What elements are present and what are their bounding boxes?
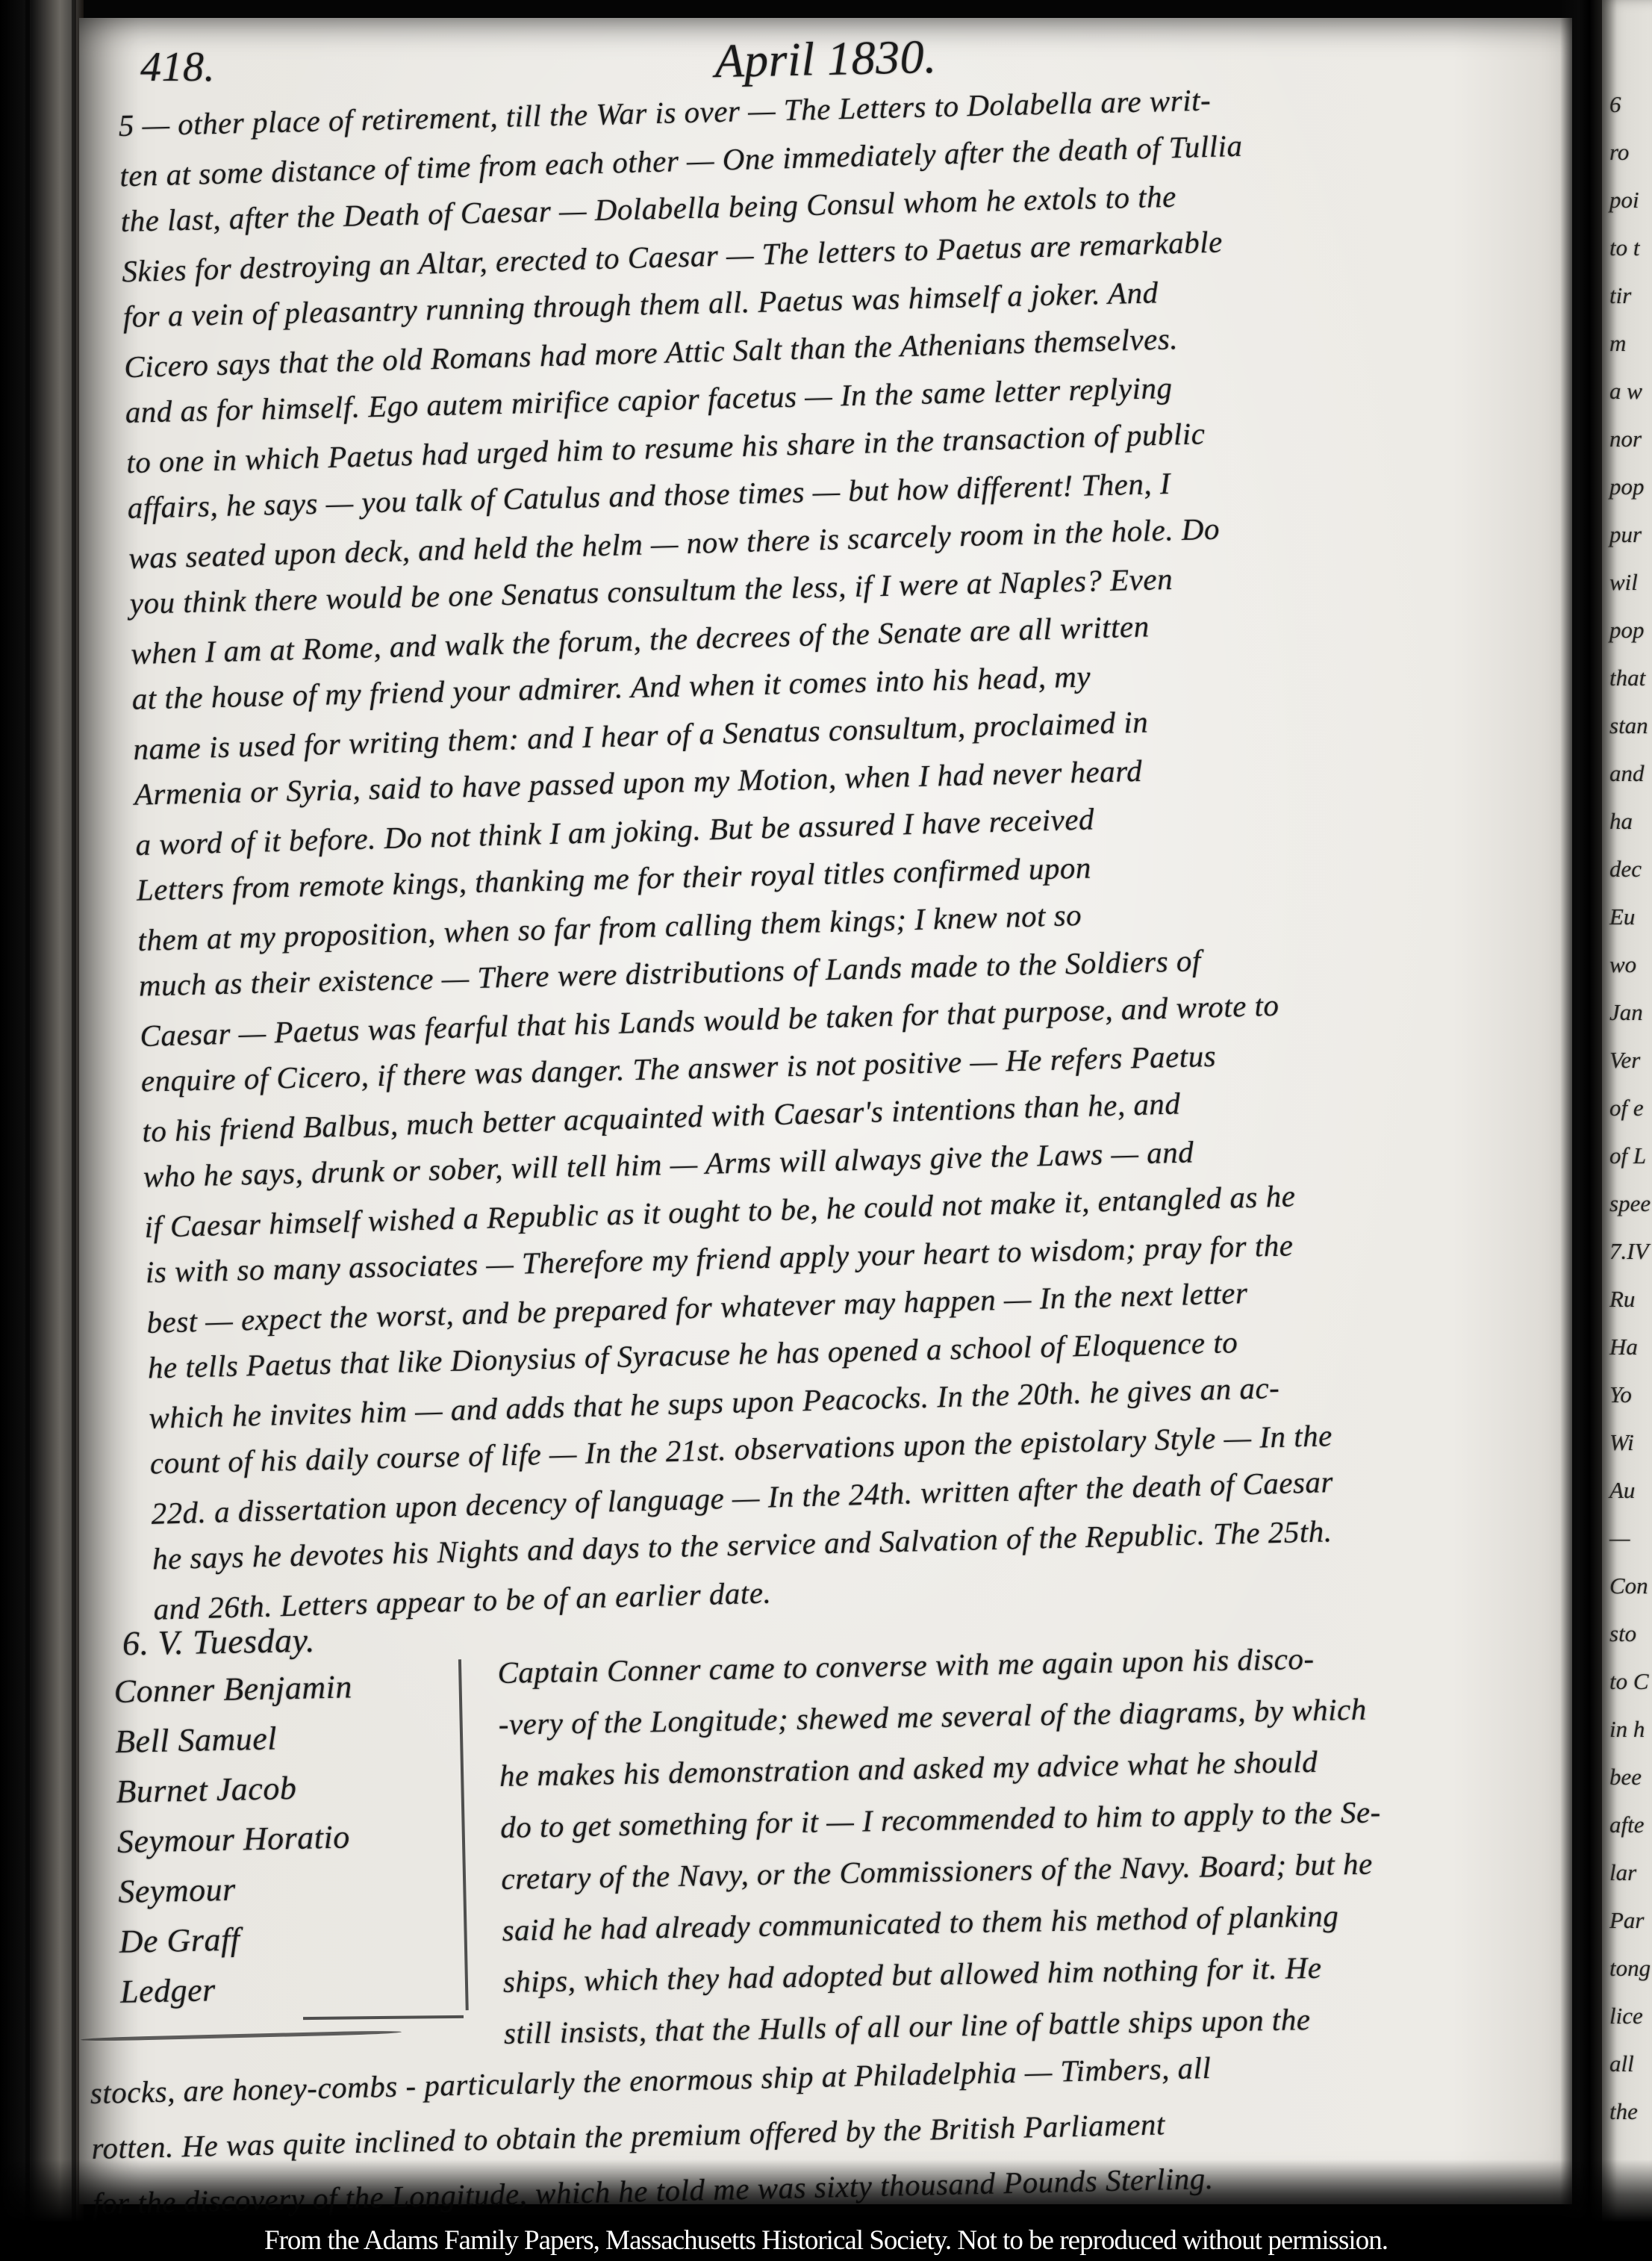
text-fragment: nor	[1609, 415, 1651, 463]
text-fragment: pop	[1609, 606, 1651, 654]
margin-name: Seymour Horatio	[116, 1809, 462, 1867]
text-fragment: spee	[1609, 1180, 1651, 1228]
book-binding-spine	[0, 0, 84, 2221]
text-fragment: pop	[1609, 463, 1651, 511]
text-fragment: all	[1609, 2040, 1651, 2088]
text-fragment: and	[1609, 750, 1651, 797]
binding-shadow-streak	[25, 0, 30, 2221]
text-fragment: lice	[1609, 1992, 1651, 2040]
margin-name: De Graff	[119, 1909, 464, 1967]
text-fragment: sto	[1609, 1610, 1651, 1658]
text-fragment: Par	[1609, 1897, 1651, 1944]
text-fragment: in h	[1609, 1705, 1651, 1753]
text-fragment: afte	[1609, 1801, 1651, 1849]
text-fragment: Ha	[1609, 1323, 1651, 1371]
names-box-underline-stroke	[81, 2030, 402, 2042]
diary-entry-6-margin-names: Conner BenjaminBell SamuelBurnet JacobSe…	[113, 1659, 469, 2018]
text-fragment: Au	[1609, 1467, 1651, 1514]
text-fragment: stan	[1609, 702, 1651, 750]
page-number: 418.	[140, 43, 215, 91]
text-fragment: Wi	[1609, 1419, 1651, 1467]
page-gutter-shadow	[1560, 0, 1602, 2221]
text-fragment: m	[1609, 320, 1651, 367]
text-fragment: lar	[1609, 1849, 1651, 1897]
text-fragment: 7.IV	[1609, 1228, 1651, 1275]
text-fragment: 6	[1609, 81, 1651, 128]
margin-name: Ledger	[119, 1959, 465, 2017]
text-fragment: poi	[1609, 176, 1651, 224]
text-fragment: a w	[1609, 367, 1651, 415]
text-fragment: Ru	[1609, 1275, 1651, 1323]
binding-shadow-streak	[72, 0, 76, 2221]
text-fragment: bee	[1609, 1753, 1651, 1801]
text-fragment: the	[1609, 2088, 1651, 2136]
text-fragment: Yo	[1609, 1371, 1651, 1419]
text-fragment: Jan	[1609, 989, 1651, 1036]
text-fragment: tong	[1609, 1944, 1651, 1992]
diary-entry-5-text: 5 — other place of retirement, till the …	[118, 67, 1617, 1631]
margin-name: Seymour	[118, 1859, 464, 1917]
scan-bottom-shadow	[0, 2159, 1652, 2223]
text-fragment: wil	[1609, 559, 1651, 606]
margin-name: Bell Samuel	[114, 1709, 460, 1767]
text-fragment: that	[1609, 654, 1651, 702]
text-fragment: of L	[1609, 1132, 1651, 1180]
text-fragment: ha	[1609, 797, 1651, 845]
footer-caption: From the Adams Family Papers, Massachuse…	[0, 2224, 1652, 2257]
text-fragment: to t	[1609, 224, 1651, 272]
names-box-bottom-rule	[303, 2015, 464, 2020]
text-fragment: of e	[1609, 1084, 1651, 1132]
text-fragment: Con	[1609, 1562, 1651, 1610]
text-fragment: to C	[1609, 1658, 1651, 1705]
text-fragment: tir	[1609, 272, 1651, 320]
facing-page-edge: 6ropoito ttirma wnorpoppurwilpopthatstan…	[1602, 0, 1652, 2221]
margin-name: Conner Benjamin	[113, 1659, 459, 1717]
text-fragment: —	[1609, 1514, 1651, 1562]
manuscript-page: 418. April 1830. 5 — other place of reti…	[79, 18, 1572, 2204]
text-fragment: pur	[1609, 511, 1651, 559]
scan-caption-bar: From the Adams Family Papers, Massachuse…	[0, 2221, 1652, 2261]
text-fragment: Ver	[1609, 1036, 1651, 1084]
diary-entry-6-paragraph: Captain Conner came to converse with me …	[497, 1629, 1571, 2059]
margin-name: Burnet Jacob	[116, 1759, 461, 1817]
text-fragment: dec	[1609, 845, 1651, 893]
diary-entry-6-heading: 6. V. Tuesday.	[122, 1620, 316, 1663]
text-fragment: ro	[1609, 128, 1651, 176]
facing-page-text-fragments: 6ropoito ttirma wnorpoppurwilpopthatstan…	[1609, 81, 1651, 2136]
text-fragment: wo	[1609, 941, 1651, 989]
text-fragment: Eu	[1609, 893, 1651, 941]
